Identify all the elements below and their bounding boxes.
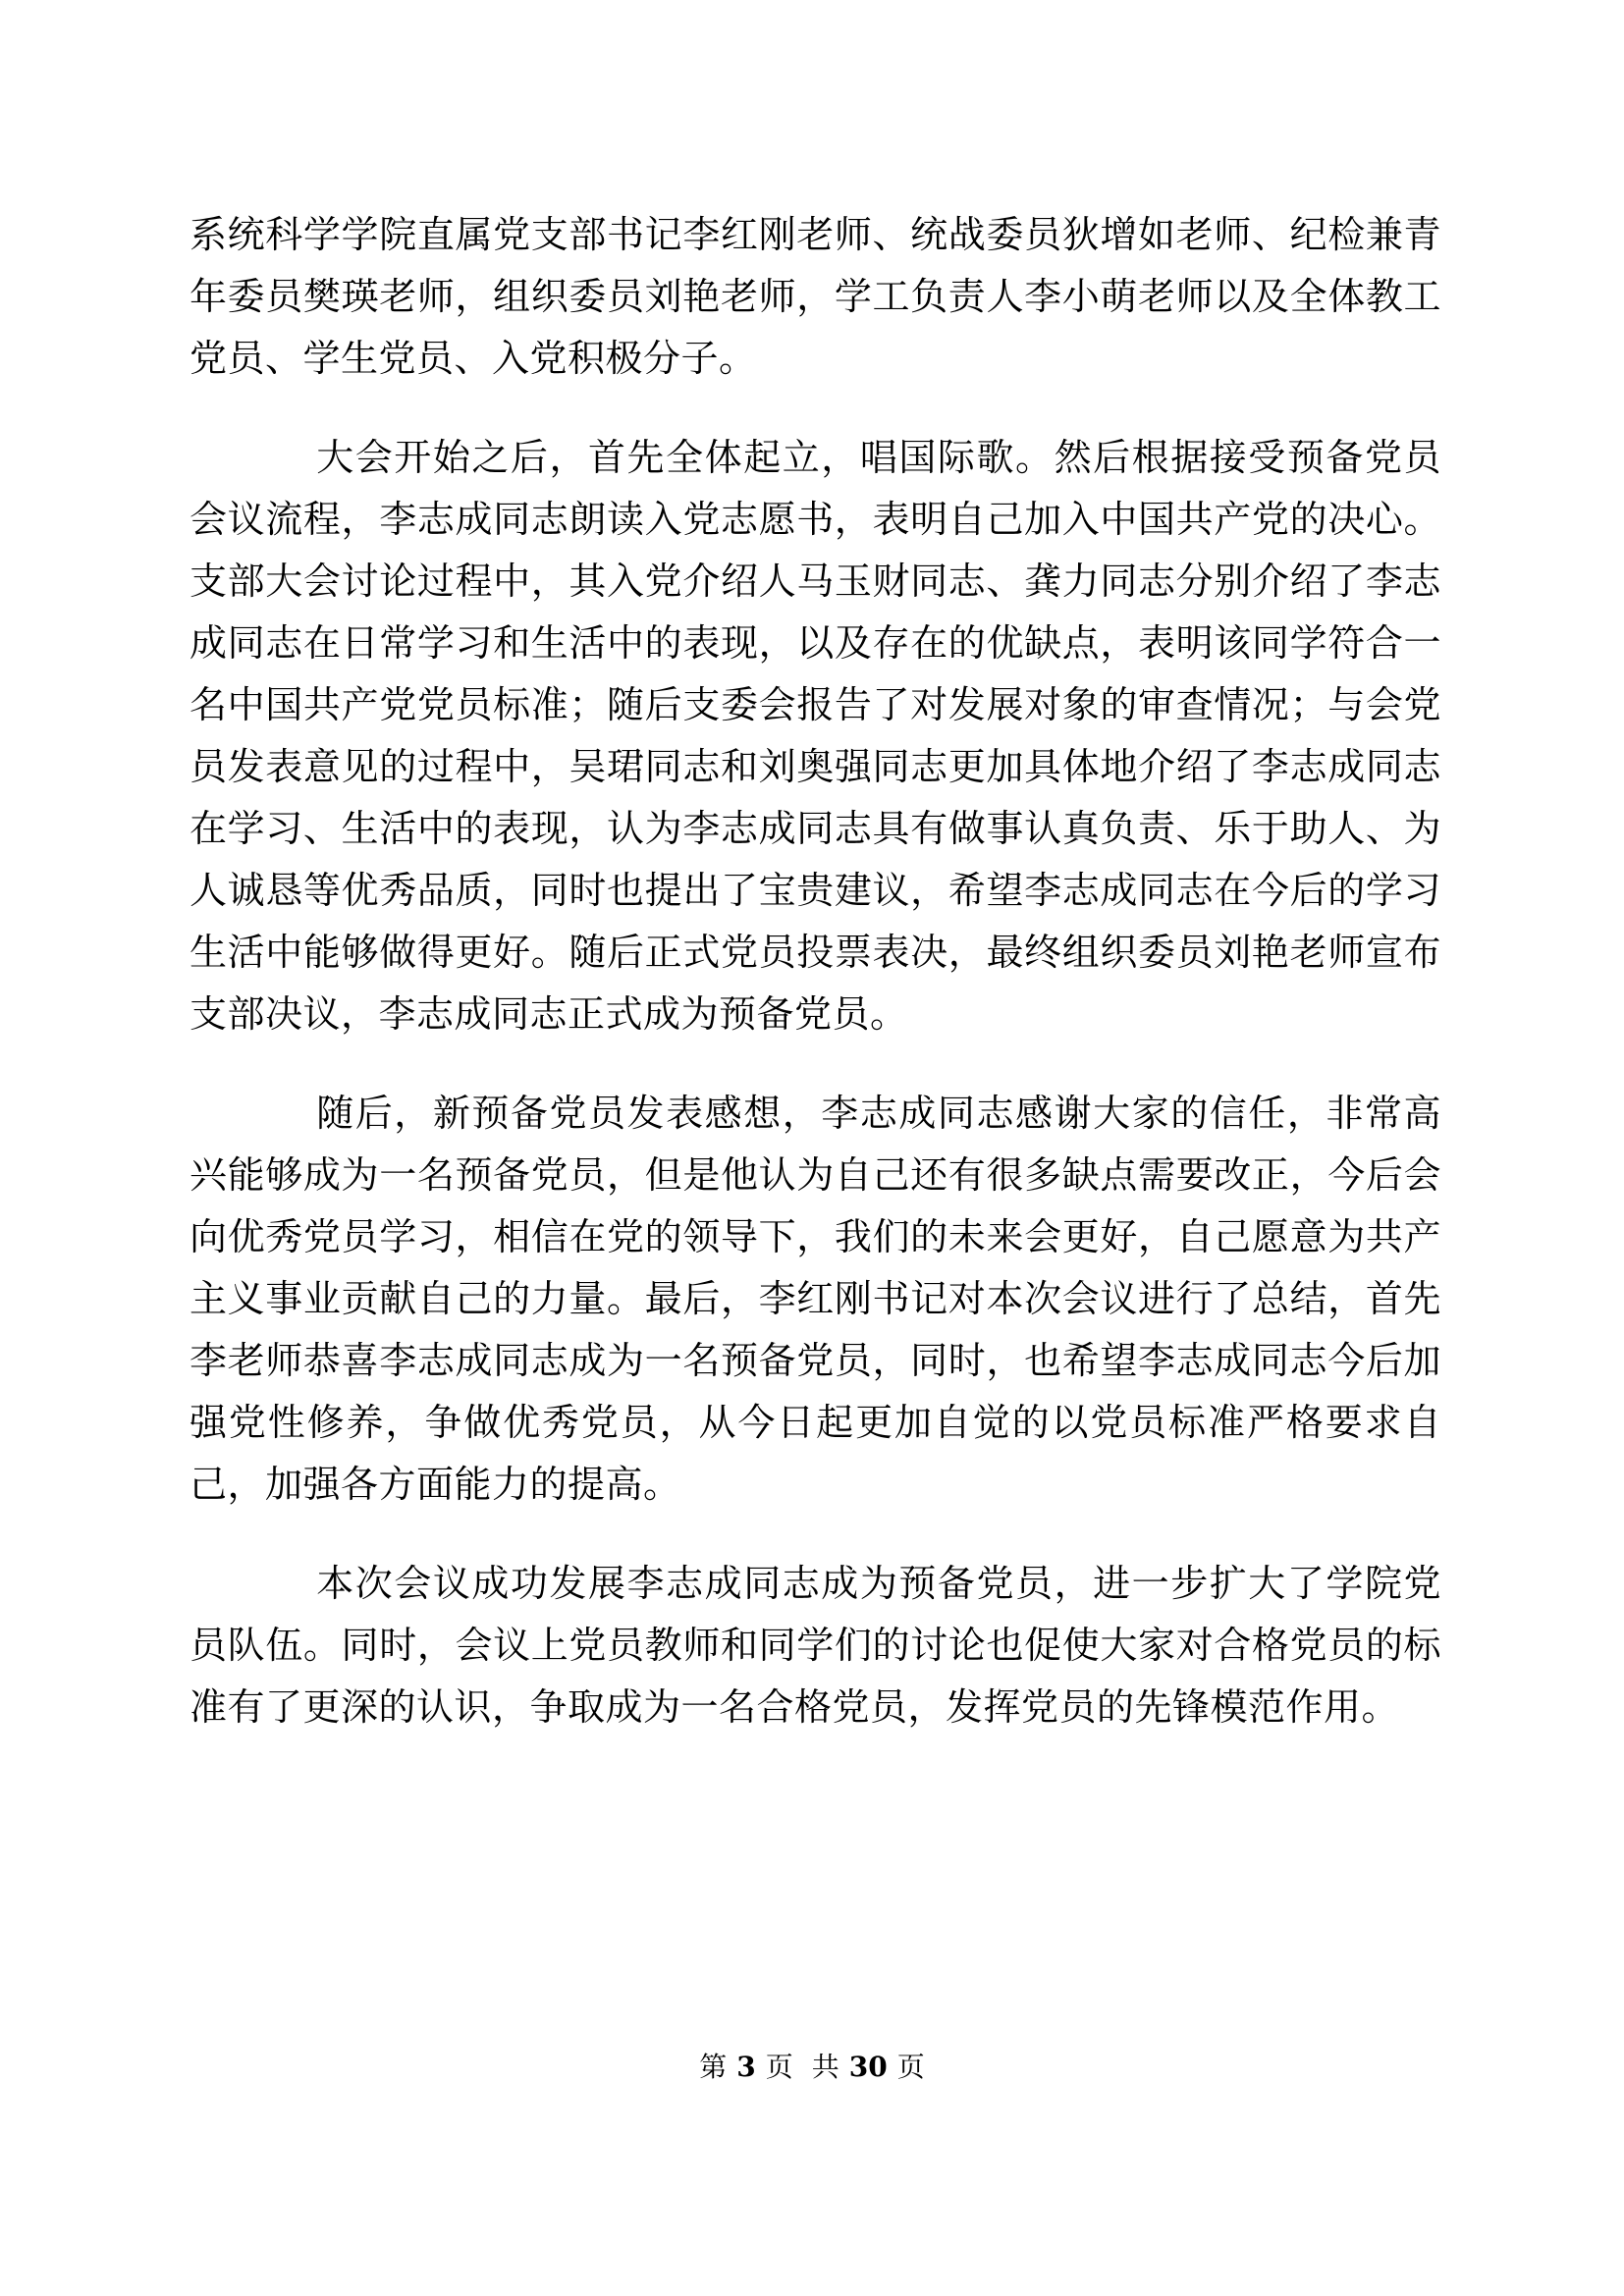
paragraph-1: 系统科学学院直属党支部书记李红刚老师、统战委员狄增如老师、纪检兼青年委员樊瑛老师… bbox=[189, 204, 1441, 390]
paragraph-2: 大会开始之后，首先全体起立，唱国际歌。然后根据接受预备党员会议流程，李志成同志朗… bbox=[189, 427, 1441, 1045]
footer-current-page-number: 3 bbox=[736, 2051, 755, 2083]
paragraph-3: 随后，新预备党员发表感想，李志成同志感谢大家的信任，非常高兴能够成为一名预备党员… bbox=[189, 1083, 1441, 1516]
footer-label-di: 第 bbox=[699, 2051, 727, 2083]
footer-label-ye-1: 页 bbox=[766, 2051, 793, 2083]
footer-label-ye-2: 页 bbox=[897, 2051, 925, 2083]
page-footer: 第3页共30页 bbox=[0, 2048, 1624, 2087]
footer-label-gong: 共 bbox=[812, 2051, 839, 2083]
document-page: 系统科学学院直属党支部书记李红刚老师、统战委员狄增如老师、纪检兼青年委员樊瑛老师… bbox=[0, 0, 1624, 2296]
footer-total-pages-number: 30 bbox=[849, 2051, 888, 2083]
paragraph-4: 本次会议成功发展李志成同志成为预备党员，进一步扩大了学院党员队伍。同时，会议上党… bbox=[189, 1553, 1441, 1738]
document-body: 系统科学学院直属党支部书记李红刚老师、统战委员狄增如老师、纪检兼青年委员樊瑛老师… bbox=[189, 204, 1441, 1776]
